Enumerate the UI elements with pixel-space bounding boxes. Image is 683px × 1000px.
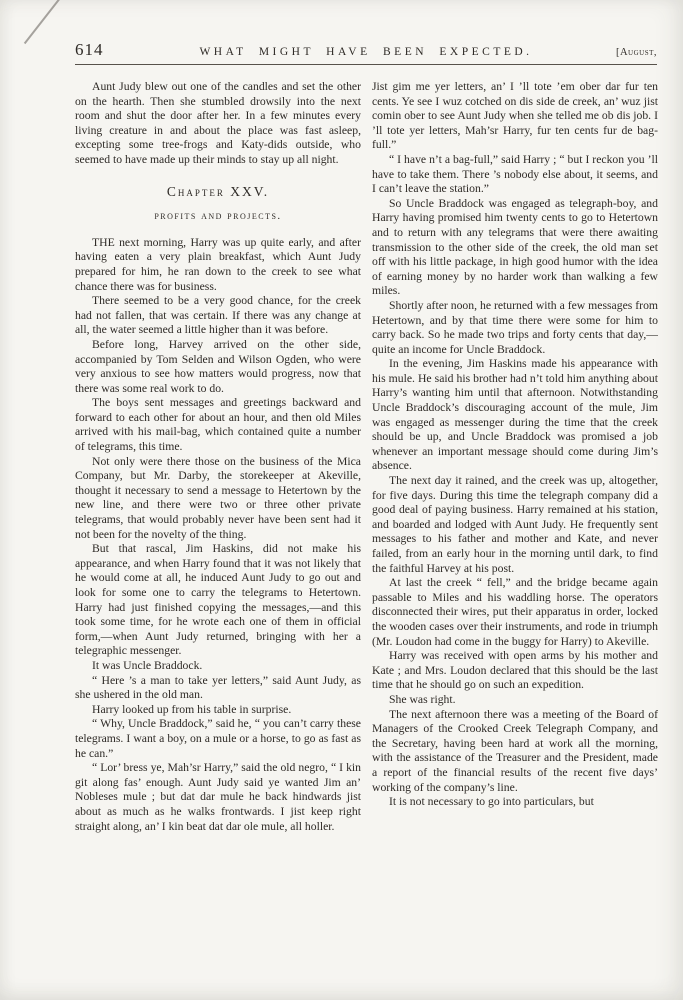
paragraph: Harry was received with open arms by his… — [372, 649, 658, 693]
paragraph: At last the creek “ fell,” and the bridg… — [372, 576, 658, 649]
page-header: 614 WHAT MIGHT HAVE BEEN EXPECTED. [Augu… — [75, 36, 657, 60]
scan-artifact-line — [24, 0, 63, 44]
left-column: Aunt Judy blew out one of the candles an… — [75, 80, 361, 834]
chapter-heading: Chapter XXV. — [75, 185, 361, 200]
paragraph: “ Lor’ bress ye, Mah’sr Harry,” said the… — [75, 761, 361, 834]
paragraph-continuation: Jist gim me yer letters, an’ I ’ll tote … — [372, 80, 658, 153]
chapter-subheading: profits and projects. — [75, 209, 361, 224]
paragraph: Not only were there those on the busines… — [75, 455, 361, 543]
paragraph: The next day it rained, and the creek wa… — [372, 474, 658, 576]
paragraph: “ Why, Uncle Braddock,” said he, “ you c… — [75, 717, 361, 761]
left-paragraphs: THE next morning, Harry was up quite ear… — [75, 236, 361, 834]
paragraph: Before long, Harvey arrived on the other… — [75, 338, 361, 396]
paragraph: So Uncle Braddock was engaged as telegra… — [372, 197, 658, 299]
paragraph: She was right. — [372, 693, 658, 708]
running-title: WHAT MIGHT HAVE BEEN EXPECTED. — [75, 46, 657, 58]
paragraph: There seemed to be a very good chance, f… — [75, 294, 361, 338]
book-page: 614 WHAT MIGHT HAVE BEEN EXPECTED. [Augu… — [0, 0, 683, 1000]
paragraph: Aunt Judy blew out one of the candles an… — [75, 80, 361, 168]
paragraph: THE next morning, Harry was up quite ear… — [75, 236, 361, 294]
issue-label: [August, — [616, 47, 657, 58]
paragraph: Harry looked up from his table in surpri… — [75, 703, 361, 718]
paragraph: But that rascal, Jim Haskins, did not ma… — [75, 542, 361, 659]
right-column: Jist gim me yer letters, an’ I ’ll tote … — [372, 80, 658, 834]
paragraph: “ I have n’t a bag-full,” said Harry ; “… — [372, 153, 658, 197]
paragraph: Shortly after noon, he returned with a f… — [372, 299, 658, 357]
paragraph: In the evening, Jim Haskins made his app… — [372, 357, 658, 474]
right-paragraphs: “ I have n’t a bag-full,” said Harry ; “… — [372, 153, 658, 810]
text-columns: Aunt Judy blew out one of the candles an… — [75, 80, 658, 834]
paragraph: It is not necessary to go into particula… — [372, 795, 658, 810]
header-rule — [75, 64, 657, 65]
paragraph: The boys sent messages and greetings bac… — [75, 396, 361, 454]
paragraph: It was Uncle Braddock. — [75, 659, 361, 674]
paragraph: “ Here ’s a man to take yer letters,” sa… — [75, 674, 361, 703]
paragraph: The next afternoon there was a meeting o… — [372, 708, 658, 796]
